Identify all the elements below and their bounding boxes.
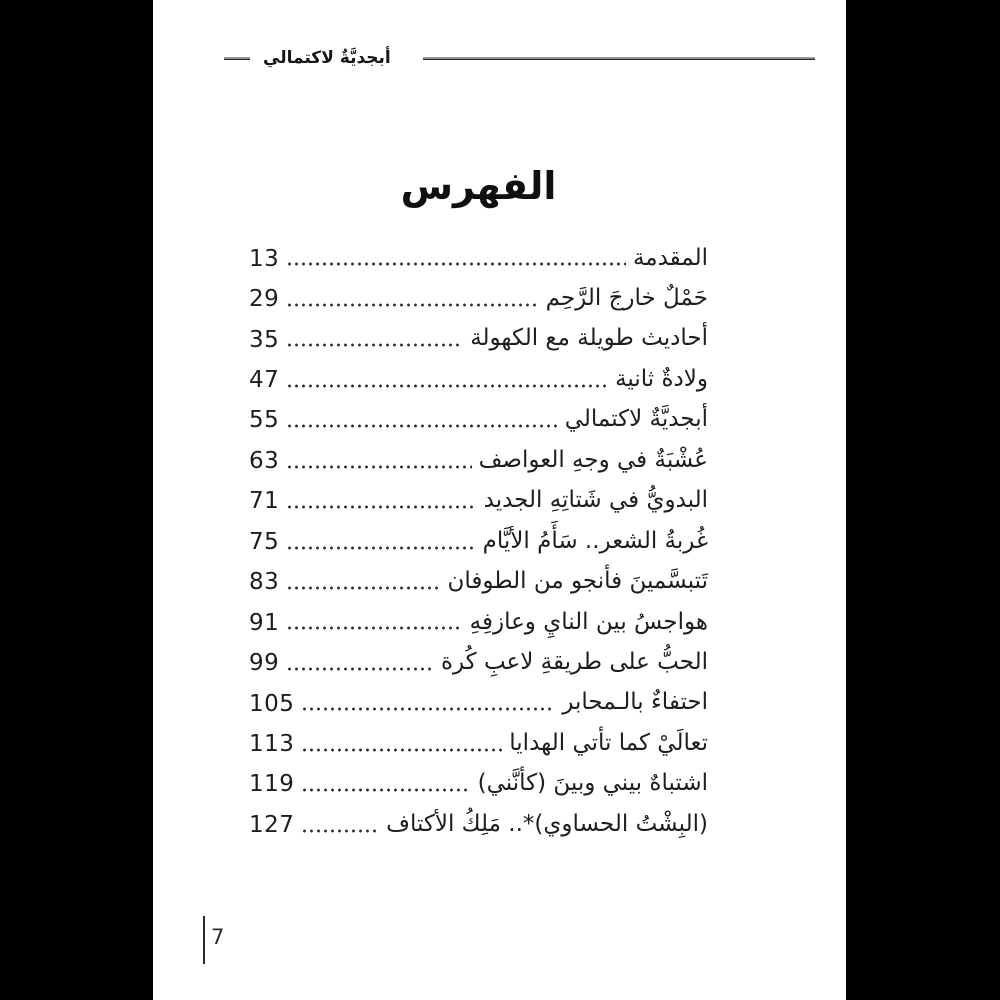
dotted-leader [301, 829, 379, 833]
page-number: 7 [211, 927, 224, 948]
toc-entry-page-number: 29 [249, 288, 279, 311]
toc-entry-page-number: 35 [249, 329, 279, 352]
toc-entry-page-number: 13 [249, 248, 279, 271]
toc-entry: ولادةٌ ثانية 47 [249, 359, 708, 399]
toc-entry-title: عُشْبَةٌ في وجهِ العواصف [479, 448, 708, 473]
toc-entry: عُشْبَةٌ في وجهِ العواصف 63 [249, 440, 708, 480]
toc-entry-page-number: 127 [249, 814, 294, 837]
toc-entry-title: البدويُّ في شَتاتِهِ الجديد [484, 488, 708, 513]
toc-entry-page-number: 47 [249, 369, 279, 392]
toc-entry-title: المقدمة [633, 246, 708, 271]
toc-title: الفهرس [249, 163, 708, 209]
dotted-leader [286, 626, 462, 630]
page-header: أبجديَّةٌ لاكتمالي [153, 47, 846, 69]
toc-entry-page-number: 71 [249, 490, 279, 513]
toc-entry-title: (البِشْتُ الحساوي)*.. مَلِكُ الأكتاف [386, 812, 708, 837]
header-left-rule [224, 57, 250, 60]
toc-entry: هواجسُ بين النايِ وعازفِهِ 91 [249, 602, 708, 642]
toc-entry-title: اشتباهٌ بيني وبينَ (كأنَّني) [478, 771, 708, 796]
dotted-leader [286, 667, 434, 671]
toc-entry: اشتباهٌ بيني وبينَ (كأنَّني) 119 [249, 764, 708, 804]
toc-entry: أحاديث طويلة مع الكهولة 35 [249, 319, 708, 359]
toc-entry: أبجديَّةٌ لاكتمالي 55 [249, 400, 708, 440]
toc-entry-title: تَتبسَّمينَ فأنجو من الطوفان [448, 569, 708, 594]
toc-entry: احتفاءٌ بالـمحابر 105 [249, 683, 708, 723]
dotted-leader [301, 748, 502, 752]
toc-entry: الحبُّ على طريقةِ لاعبِ كُرة 99 [249, 642, 708, 682]
toc-entry-page-number: 105 [249, 693, 294, 716]
toc-entry: غُربةُ الشعر.. سَأَمُ الأيَّام 75 [249, 521, 708, 561]
toc-entry: (البِشْتُ الحساوي)*.. مَلِكُ الأكتاف 127 [249, 804, 708, 844]
toc-entry-title: غُربةُ الشعر.. سَأَمُ الأيَّام [483, 529, 708, 554]
dotted-leader [286, 424, 557, 428]
dotted-leader [301, 788, 470, 792]
toc-entry-title: أحاديث طويلة مع الكهولة [470, 326, 708, 351]
toc-entry: البدويُّ في شَتاتِهِ الجديد 71 [249, 481, 708, 521]
toc-entry-title: هواجسُ بين النايِ وعازفِهِ [470, 610, 708, 635]
toc-entry-title: الحبُّ على طريقةِ لاعبِ كُرة [441, 650, 708, 675]
toc-entry: تَتبسَّمينَ فأنجو من الطوفان 83 [249, 562, 708, 602]
toc-entry-title: حَمْلٌ خارجَ الرَّحِم [546, 286, 708, 311]
toc-entry-title: تعالَيْ كما تأتي الهدايا [509, 731, 708, 756]
toc-entry-page-number: 55 [249, 409, 279, 432]
toc-entry-title: أبجديَّةٌ لاكتمالي [565, 407, 708, 432]
dotted-leader [301, 707, 555, 711]
toc-entry-page-number: 119 [249, 773, 294, 796]
toc-entry-page-number: 91 [249, 612, 279, 635]
dotted-leader [286, 586, 440, 590]
dotted-leader [286, 343, 463, 347]
dotted-leader [286, 505, 476, 509]
dotted-leader [286, 303, 538, 307]
dotted-leader [286, 262, 626, 266]
dotted-leader [286, 465, 471, 469]
toc-entry-page-number: 75 [249, 531, 279, 554]
toc-entry-page-number: 99 [249, 652, 279, 675]
toc-list: المقدمة 13 حَمْلٌ خارجَ الرَّحِم 29 أحاد… [249, 238, 708, 845]
toc-entry: المقدمة 13 [249, 238, 708, 278]
toc-entry-page-number: 83 [249, 571, 279, 594]
dotted-leader [286, 546, 475, 550]
header-right-rule [423, 57, 815, 60]
book-page: أبجديَّةٌ لاكتمالي الفهرس المقدمة 13 حَم… [153, 0, 846, 1000]
dotted-leader [286, 384, 608, 388]
toc-entry-page-number: 113 [249, 733, 294, 756]
toc-entry-title: احتفاءٌ بالـمحابر [562, 690, 708, 715]
toc-entry: تعالَيْ كما تأتي الهدايا 113 [249, 723, 708, 763]
toc-entry-title: ولادةٌ ثانية [615, 367, 708, 392]
running-title: أبجديَّةٌ لاكتمالي [263, 47, 391, 69]
folio-rule [203, 916, 205, 964]
toc-entry: حَمْلٌ خارجَ الرَّحِم 29 [249, 278, 708, 318]
toc-entry-page-number: 63 [249, 450, 279, 473]
